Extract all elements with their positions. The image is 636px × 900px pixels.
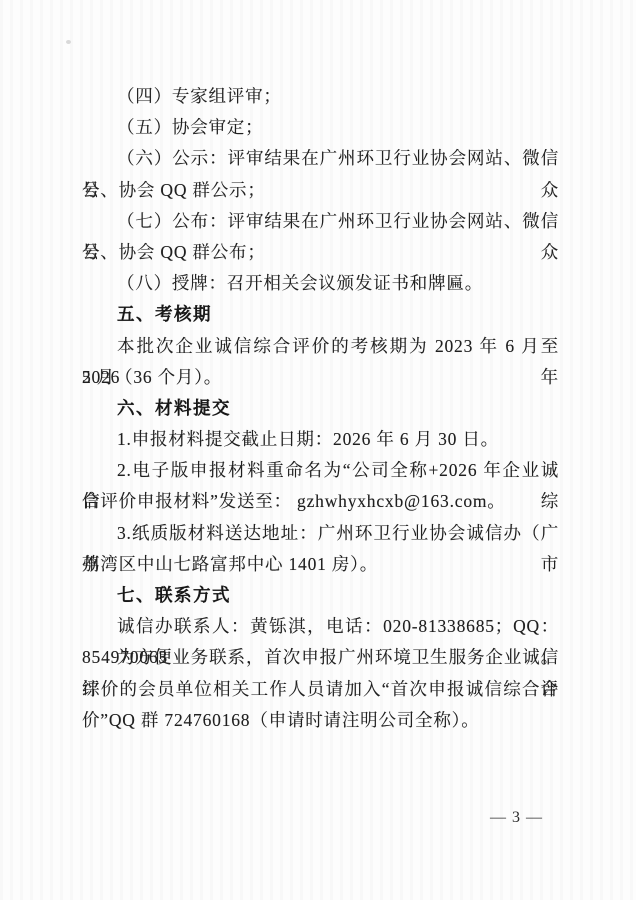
assessment-period-line1: 本批次企业诚信综合评价的考核期为 2023 年 6 月至 2026 年 (82, 331, 559, 362)
item-deadline: 1.申报材料提交截止日期：2026 年 6 月 30 日。 (82, 424, 559, 455)
page-number: — 3 — (490, 809, 543, 827)
list-item-six-line1: （六）公示：评审结果在广州环卫行业协会网站、微信公众 (82, 143, 559, 174)
document-body: （四）专家组评审； （五）协会审定； （六）公示：评审结果在广州环卫行业协会网站… (82, 81, 559, 736)
qq-group-line1: 为方便业务联系，首次申报广州环境卫生服务企业诚信综合 (82, 642, 559, 673)
document-page: （四）专家组评审； （五）协会审定； （六）公示：评审结果在广州环卫行业协会网站… (0, 0, 636, 900)
item-address-line1: 3.纸质版材料送达地址：广州环卫行业协会诚信办（广州市 (82, 518, 559, 549)
qq-group-line3: 价”QQ 群 724760168（申请时请注明公司全称）。 (82, 705, 559, 736)
heading-contact-info: 七、联系方式 (82, 580, 559, 611)
scan-artifact (66, 40, 71, 44)
qq-group-line2: 评价的会员单位相关工作人员请加入“首次申报诚信综合评 (82, 674, 559, 705)
item-email-line2: 合评价申报材料”发送至： gzhwhyxhcxb@163.com。 (82, 486, 559, 517)
heading-material-submission: 六、材料提交 (82, 393, 559, 424)
list-item-four: （四）专家组评审； (82, 81, 559, 112)
heading-assessment-period: 五、考核期 (82, 299, 559, 330)
list-item-five: （五）协会审定； (82, 112, 559, 143)
list-item-eight: （八）授牌：召开相关会议颁发证书和牌匾。 (82, 268, 559, 299)
contact-person-line: 诚信办联系人：黄铄淇，电话：020-81338685；QQ：854970063。 (82, 611, 559, 642)
item-email-line1: 2.电子版申报材料重命名为“公司全称+2026 年企业诚信综 (82, 455, 559, 486)
list-item-seven-line1: （七）公布：评审结果在广州环卫行业协会网站、微信公众 (82, 206, 559, 237)
